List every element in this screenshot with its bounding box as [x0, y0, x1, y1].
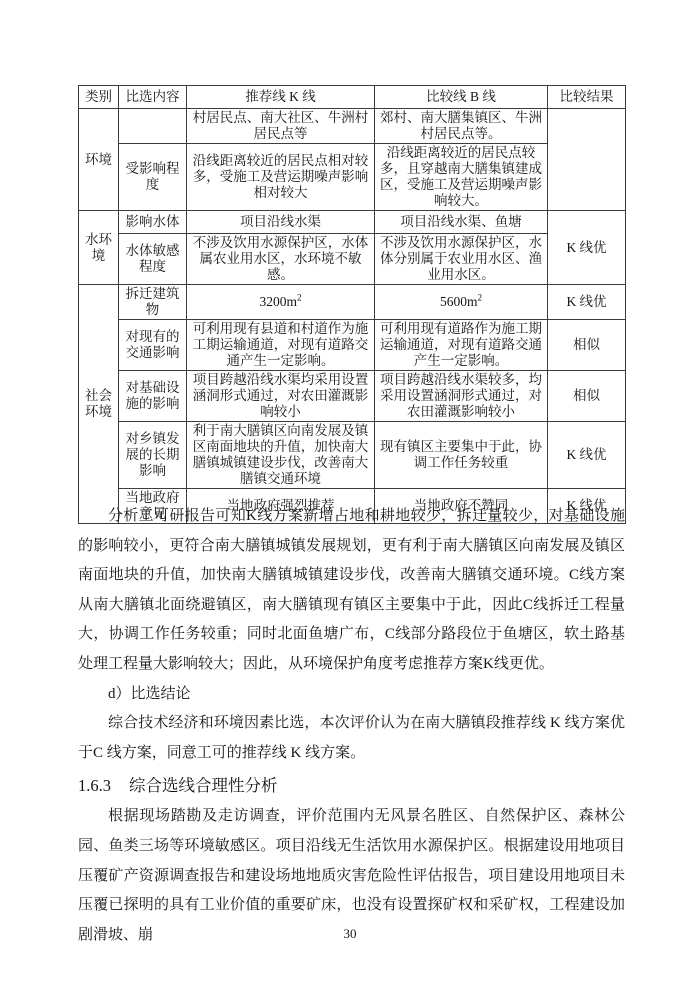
cell-r5-item: 拆迁建筑物 — [119, 285, 187, 320]
cell-r3-item: 影响水体 — [119, 211, 187, 234]
route-comparison-table: 类别 比选内容 推荐线 K 线 比较线 B 线 比较结果 环境 村居民点、南大社… — [78, 85, 626, 524]
table-row: 水环境 影响水体 项目沿线水渠 项目沿线水渠、鱼塘 K 线优 — [79, 211, 626, 234]
header-category: 类别 — [79, 86, 119, 109]
table-row: 受影响程度 沿线距离较近的居民点相对较多，受施工及营运期噪声影响相对较大 沿线距… — [79, 144, 626, 211]
page-number: 30 — [0, 926, 700, 942]
section-number: 1.6.3 — [78, 776, 111, 795]
cell-r6-item: 对现有的交通影响 — [119, 320, 187, 371]
header-k-line: 推荐线 K 线 — [187, 86, 375, 109]
superscript: 2 — [478, 293, 483, 303]
cell-r6-k: 可利用现有县道和村道作为施工期运输通道，对现有道路交通产生一定影响。 — [187, 320, 375, 371]
cell-r7-item: 对基础设施的影响 — [119, 371, 187, 422]
cell-r1-item — [119, 109, 187, 144]
cell-r7-b: 项目跨越沿线水渠较多，均采用设置涵洞形式通过，对农田灌溉影响较小 — [375, 371, 548, 422]
cell-r5-result: K 线优 — [548, 285, 626, 320]
header-b-line: 比较线 B 线 — [375, 86, 548, 109]
cell-r2-k: 沿线距离较近的居民点相对较多，受施工及营运期噪声影响相对较大 — [187, 144, 375, 211]
cell-r8-item: 对乡镇发展的长期影响 — [119, 422, 187, 489]
table-row: 对乡镇发展的长期影响 利于南大膳镇区向南发展及镇区南面地块的升值，加快南大膳镇城… — [79, 422, 626, 489]
cell-r2-b: 沿线距离较近的居民点较多，且穿越南大膳集镇建成区，受施工及营运期噪声影响较大。 — [375, 144, 548, 211]
table-row: 社会环境 拆迁建筑物 3200m2 5600m2 K 线优 — [79, 285, 626, 320]
table-row: 对基础设施的影响 项目跨越沿线水渠均采用设置涵洞形式通过，对农田灌溉影响较小 项… — [79, 371, 626, 422]
cell-r4-k: 不涉及饮用水源保护区，水体属农业用水区，水环境不敏感。 — [187, 234, 375, 285]
header-item: 比选内容 — [119, 86, 187, 109]
cell-r1-b: 郊村、南大膳集镇区、牛洲村居民点等。 — [375, 109, 548, 144]
cell-env-result — [548, 109, 626, 211]
superscript: 2 — [297, 293, 302, 303]
section-title: 综合选线合理性分析 — [129, 776, 278, 795]
document-page: 类别 比选内容 推荐线 K 线 比较线 B 线 比较结果 环境 村居民点、南大社… — [0, 0, 700, 989]
table-row: 水体敏感程度 不涉及饮用水源保护区，水体属农业用水区，水环境不敏感。 不涉及饮用… — [79, 234, 626, 285]
demolition-area-b: 5600m — [440, 294, 478, 309]
table-row: 对现有的交通影响 可利用现有县道和村道作为施工期运输通道，对现有道路交通产生一定… — [79, 320, 626, 371]
cell-r6-b: 可利用现有道路作为施工期运输通道，对现有道路交通产生一定影响。 — [375, 320, 548, 371]
group-social: 社会环境 — [79, 285, 119, 524]
demolition-area-k: 3200m — [259, 294, 297, 309]
cell-r5-b: 5600m2 — [375, 285, 548, 320]
cell-r8-b: 现有镇区主要集中于此，协调工作任务较重 — [375, 422, 548, 489]
cell-r6-result: 相似 — [548, 320, 626, 371]
table-header-row: 类别 比选内容 推荐线 K 线 比较线 B 线 比较结果 — [79, 86, 626, 109]
body-text: 分析工可研报告可知K线方案新增占地和耕地较少，拆迁量较少，对基础设施的影响较小，… — [78, 502, 625, 950]
analysis-paragraph: 分析工可研报告可知K线方案新增占地和耕地较少，拆迁量较少，对基础设施的影响较小，… — [78, 502, 625, 680]
cell-r7-k: 项目跨越沿线水渠均采用设置涵洞形式通过，对农田灌溉影响较小 — [187, 371, 375, 422]
cell-r3-b: 项目沿线水渠、鱼塘 — [375, 211, 548, 234]
section-heading-163: 1.6.3综合选线合理性分析 — [78, 770, 625, 801]
cell-r1-k: 村居民点、南大社区、牛洲村居民点等 — [187, 109, 375, 144]
group-water: 水环境 — [79, 211, 119, 285]
cell-r4-item: 水体敏感程度 — [119, 234, 187, 285]
cell-r8-result: K 线优 — [548, 422, 626, 489]
cell-r8-k: 利于南大膳镇区向南发展及镇区南面地块的升值，加快南大膳镇城镇建设步伐，改善南大膳… — [187, 422, 375, 489]
cell-r3-k: 项目沿线水渠 — [187, 211, 375, 234]
table-row: 环境 村居民点、南大社区、牛洲村居民点等 郊村、南大膳集镇区、牛洲村居民点等。 — [79, 109, 626, 144]
cell-r2-item: 受影响程度 — [119, 144, 187, 211]
cell-r5-k: 3200m2 — [187, 285, 375, 320]
group-env: 环境 — [79, 109, 119, 211]
header-result: 比较结果 — [548, 86, 626, 109]
conclusion-paragraph: 综合技术经济和环境因素比选，本次评价认为在南大膳镇段推荐线 K 线方案优于C 线… — [78, 709, 625, 768]
cell-r4-b: 不涉及饮用水源保护区，水体分别属于农业用水区、渔业用水区。 — [375, 234, 548, 285]
subheading-d-conclusion: d）比选结论 — [78, 680, 625, 710]
cell-r7-result: 相似 — [548, 371, 626, 422]
cell-water-result: K 线优 — [548, 211, 626, 285]
